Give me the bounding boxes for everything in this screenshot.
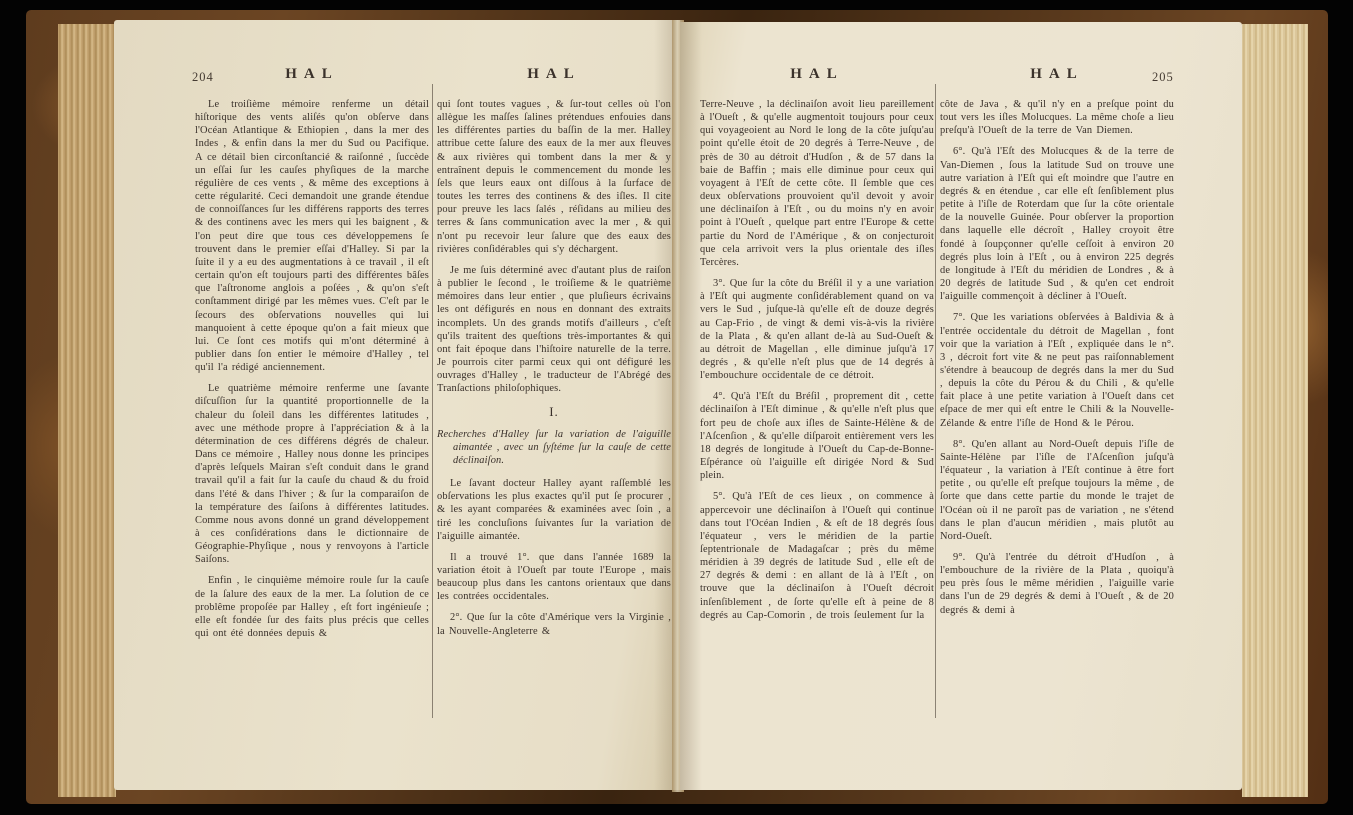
running-head: HAL [700, 66, 934, 83]
paragraph: Le ſavant docteur Halley ayant raſſemblé… [437, 477, 671, 543]
column-rule [432, 84, 433, 718]
right-page: HAL HAL 205 Terre-Neuve , la déclinaiſon… [680, 22, 1242, 790]
running-head: HAL [195, 66, 429, 83]
paragraph: 7°. Que les variations obſervées à Baldi… [940, 311, 1174, 429]
running-head: HAL [940, 66, 1174, 83]
paragraph: Il a trouvé 1°. que dans l'année 1689 la… [437, 551, 671, 604]
paragraph: Je me ſuis déterminé avec d'autant plus … [437, 264, 671, 396]
paragraph: Le troiſième mémoire renferme un détail … [195, 98, 429, 374]
paragraph: 5°. Qu'à l'Eſt de ces lieux , on commenc… [700, 490, 934, 622]
page-number: 205 [1152, 70, 1174, 85]
paragraph: 3°. Que ſur la côte du Bréſil il y a une… [700, 277, 934, 382]
paragraph: 2°. Que ſur la côte d'Amérique vers la V… [437, 611, 671, 637]
fore-edge-right [1242, 24, 1308, 797]
text-column-2: qui ſont toutes vagues , & ſur-tout cell… [437, 98, 671, 646]
text-column-4: côte de Java , & qu'il n'y en a preſque … [940, 98, 1174, 625]
paragraph: 6°. Qu'à l'Eſt des Molucques & de la ter… [940, 145, 1174, 303]
paragraph: Le quatrième mémoire renferme une ſavant… [195, 382, 429, 566]
fore-edge-left [58, 24, 116, 797]
running-head: HAL [437, 66, 671, 83]
section-title: Recherches d'Halley ſur la variation de … [437, 428, 671, 467]
text-column-1: Le troiſième mémoire renferme un détail … [195, 98, 429, 648]
paragraph: qui ſont toutes vagues , & ſur-tout cell… [437, 98, 671, 256]
column-rule [935, 84, 936, 718]
book-photograph: 204 HAL HAL Le troiſième mémoire renferm… [0, 0, 1353, 815]
paragraph: 8°. Qu'en allant au Nord-Oueſt depuis l'… [940, 438, 1174, 543]
paragraph: Enfin , le cinquième mémoire roule ſur l… [195, 574, 429, 640]
paragraph: 4°. Qu'à l'Eſt du Bréſil , proprement di… [700, 390, 934, 482]
paragraph: côte de Java , & qu'il n'y en a preſque … [940, 98, 1174, 137]
left-page: 204 HAL HAL Le troiſième mémoire renferm… [114, 20, 680, 790]
section-heading: I. [437, 405, 671, 418]
paragraph: 9°. Qu'à l'entrée du détroit d'Hudſon , … [940, 551, 1174, 617]
paragraph: Terre-Neuve , la déclinaiſon avoit lieu … [700, 98, 934, 269]
text-column-3: Terre-Neuve , la déclinaiſon avoit lieu … [700, 98, 934, 630]
